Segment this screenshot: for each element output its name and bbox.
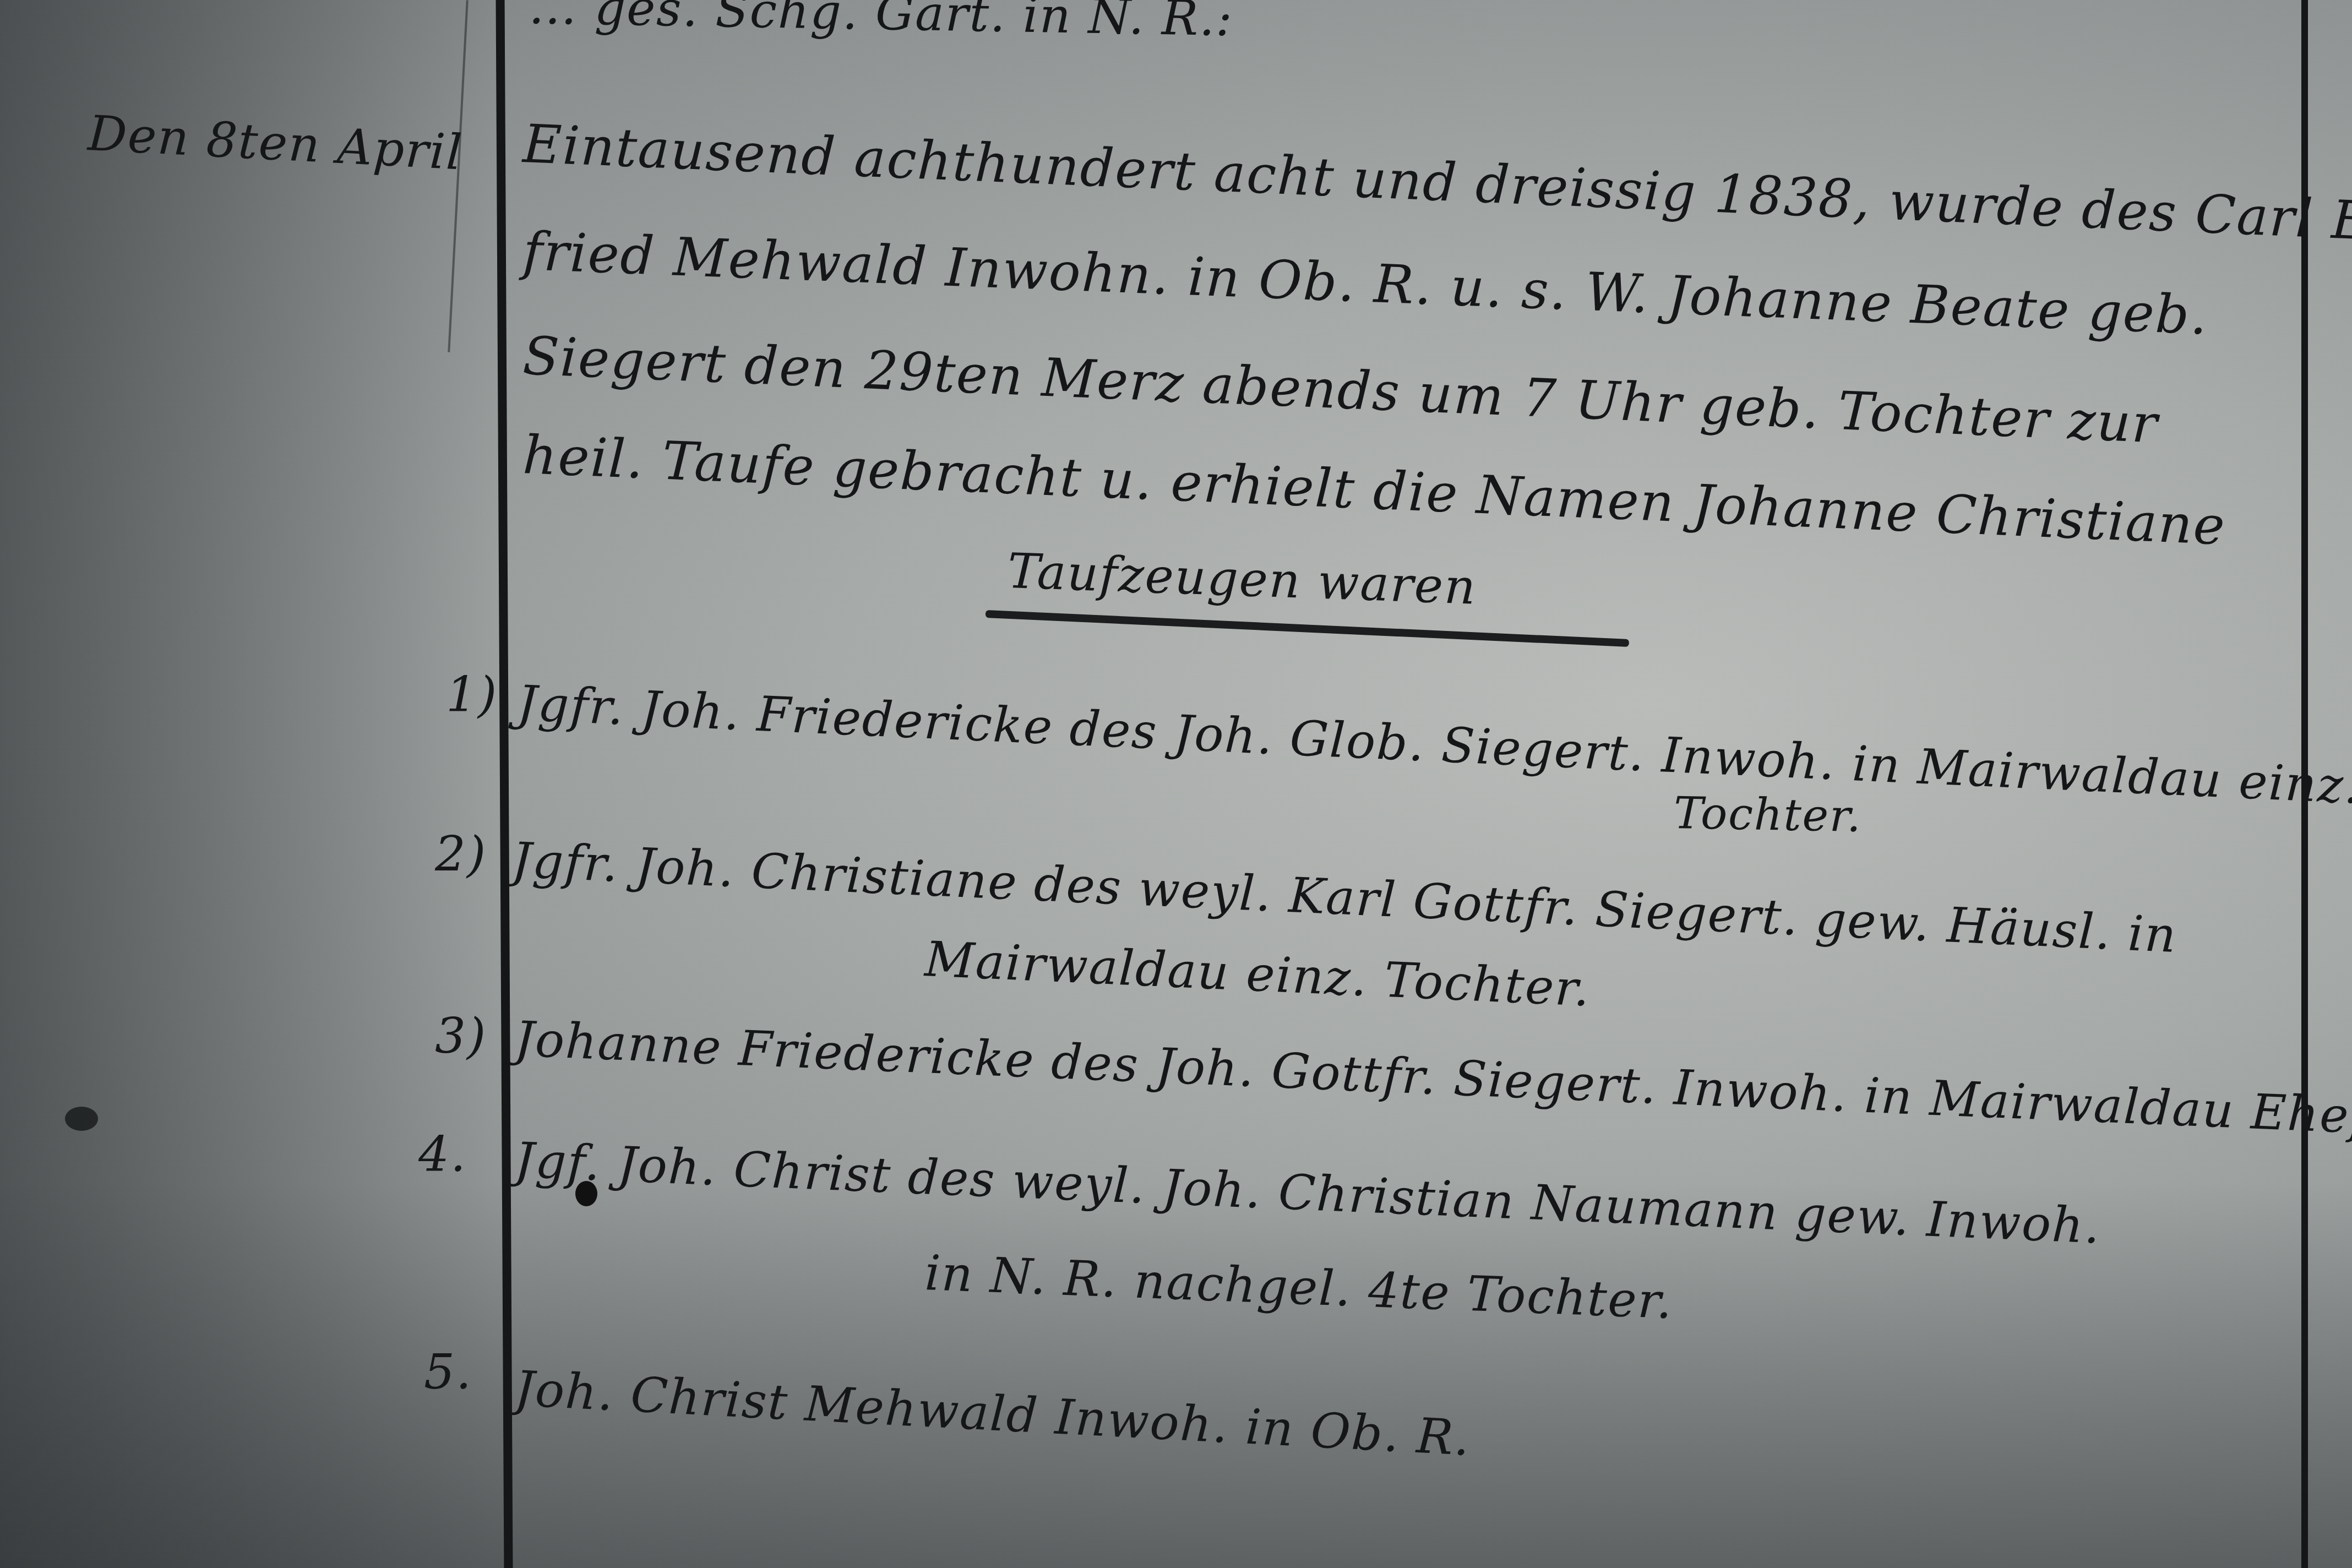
photo-vignette-left (0, 0, 496, 1568)
margin-ink-spot (65, 1107, 98, 1131)
godparent-1-line-2: Tochter. (1673, 787, 1863, 842)
godparent-2-line-2: Mairwaldau einz. Tochter. (924, 930, 1592, 1017)
header-fragment: … ges. Schg. Gart. in N. R.: (528, 0, 1234, 47)
godparent-5-number: 5. (424, 1343, 472, 1400)
godparent-1-number: 1) (446, 666, 498, 723)
godparent-4-line-1: Jgf. Joh. Christ des weyl. Joh. Christia… (514, 1131, 2102, 1255)
godparent-4-line-2: in N. R. nachgel. 4te Tochter. (924, 1244, 1674, 1330)
godparents-heading: Taufzeugen waren (1006, 542, 1477, 616)
godparent-1-line-1: Jgfr. Joh. Friedericke des Joh. Glob. Si… (516, 674, 2352, 815)
godparent-2-line-1: Jgfr. Joh. Christiane des weyl. Karl Got… (511, 831, 2179, 963)
godparent-3-line-1: Johanne Friedericke des Joh. Gottfr. Sie… (514, 1010, 2352, 1146)
register-page: … ges. Schg. Gart. in N. R.: Den 8ten Ap… (0, 0, 2352, 1568)
heading-underline (986, 610, 1629, 647)
margin-date-note: Den 8ten April (86, 105, 464, 181)
godparent-5-line-1: Joh. Christ Mehwald Inwoh. in Ob. R. (513, 1360, 1472, 1467)
godparent-4-number: 4. (418, 1126, 467, 1183)
margin-rule-line (496, 0, 513, 1568)
godparent-2-number: 2) (435, 826, 487, 883)
godparent-3-number: 3) (435, 1008, 487, 1064)
entry-line-2: fried Mehwald Inwohn. in Ob. R. u. s. W.… (522, 220, 2209, 346)
ink-blot (575, 1181, 597, 1206)
